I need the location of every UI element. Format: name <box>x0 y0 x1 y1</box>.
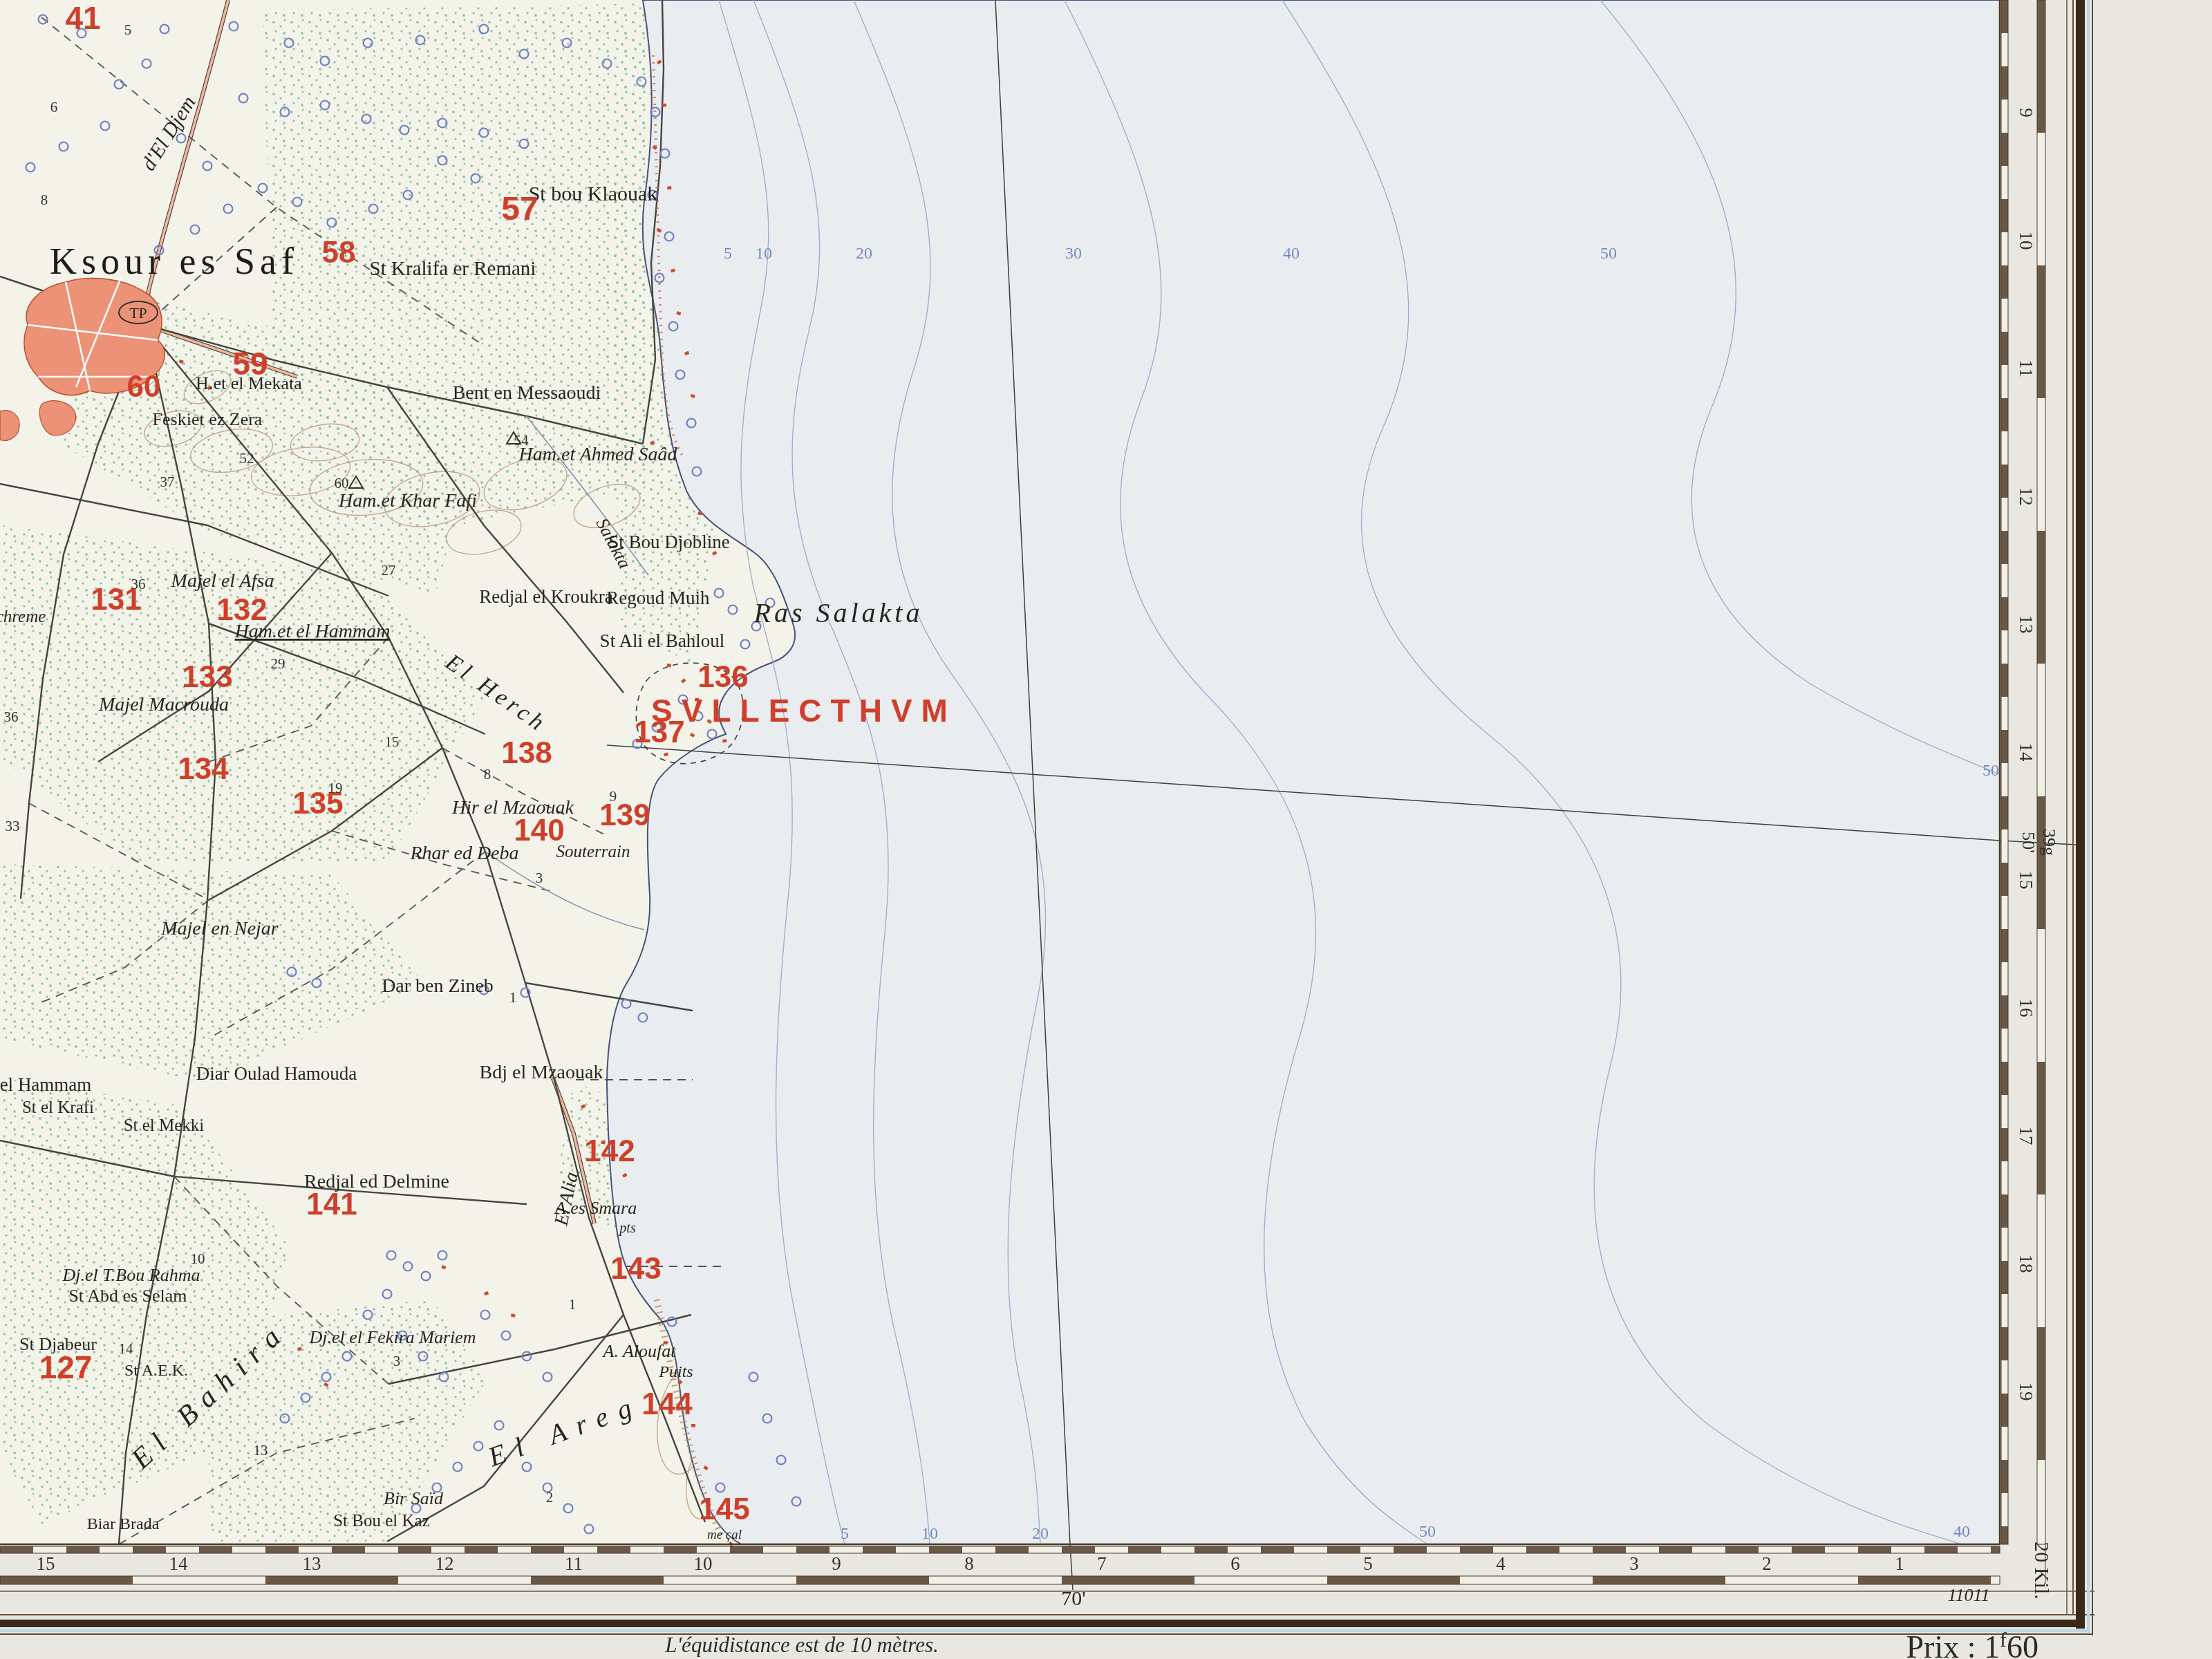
red-number-138-13: 138 <box>501 736 552 770</box>
place-label-bdj-el-mzaouak-25: Bdj el Mzaouak <box>480 1062 603 1083</box>
place-label-st-el-mekki-28: St el Mekki <box>124 1116 205 1135</box>
place-label-puits-40: Puits <box>658 1363 693 1381</box>
price-label: Prix : 1f60 <box>1866 1629 2062 1659</box>
km-number-bottom-3-12: 3 <box>1629 1553 1639 1574</box>
latitude-label: 39g 50' <box>2018 798 2059 879</box>
spot-height-36-8: 36 <box>4 709 19 725</box>
spot-height-52-9: 52 <box>240 450 254 467</box>
spot-height-33-7: 33 <box>6 818 20 834</box>
place-label-bir-sa-d-42: Bir Saïd <box>384 1488 444 1508</box>
depth-label-5-7: 5 <box>841 1525 849 1543</box>
red-number-136-11: 136 <box>697 660 748 694</box>
spot-height-14-17: 14 <box>119 1340 134 1357</box>
scale-unit-label: 20 Kil. <box>2030 1541 2053 1599</box>
place-label-majel-en-nejar-22: Majel en Nejar <box>160 918 279 939</box>
red-number-141-16: 141 <box>306 1188 357 1221</box>
svg-text:50': 50' <box>2018 800 2038 876</box>
place-label-biar-brada-44: Biar Brada <box>87 1515 160 1533</box>
spot-height-13-18: 13 <box>254 1442 268 1459</box>
red-number-143-18: 143 <box>610 1252 661 1286</box>
place-label-dj-el-el-fekira-mariem-38: Dj.el el Fekira Mariem <box>308 1327 476 1347</box>
km-number-right-19-10: 19 <box>2016 1382 2036 1401</box>
depth-label-30-3: 30 <box>1065 245 1082 263</box>
depth-label-40-4: 40 <box>1283 245 1300 263</box>
red-number-142-17: 142 <box>584 1134 635 1168</box>
km-number-right-15-6: 15 <box>2016 871 2036 890</box>
place-label-st-ali-el-bahloul-18: St Ali el Bahloul <box>600 630 725 651</box>
spot-height-6-0: 6 <box>50 99 58 115</box>
place-label-souterrain-21: Souterrain <box>556 843 630 861</box>
km-number-right-11-2: 11 <box>2016 359 2036 377</box>
spot-height-3-15: 3 <box>536 870 543 886</box>
scale-band-fine-bottom <box>0 1546 2000 1553</box>
ruin-mark-16 <box>722 739 727 742</box>
spot-height-36-3: 36 <box>131 576 146 592</box>
km-number-bottom-7-8: 7 <box>1097 1553 1107 1574</box>
depth-label-5-0: 5 <box>724 245 732 263</box>
depth-label-50-5: 50 <box>1600 245 1617 263</box>
place-label-redjal-el-kroukra-14: Redjal el Kroukra <box>479 586 612 607</box>
km-number-right-18-9: 18 <box>2016 1255 2036 1273</box>
km-number-bottom-6-9: 6 <box>1230 1553 1240 1574</box>
spot-height-15-5: 15 <box>385 733 400 750</box>
place-label-ras-salakta-17: Ras Salakta <box>753 597 924 628</box>
place-label-majel-macrouda-11: Majel Macrouda <box>98 694 229 715</box>
spot-height-8-1: 8 <box>41 191 48 208</box>
place-label-rhar-ed-deba-20: Rhar ed Deba <box>409 843 518 864</box>
red-number-132-7: 132 <box>216 593 267 627</box>
spot-height-1-19: 1 <box>569 1296 577 1313</box>
km-number-bottom-14-1: 14 <box>169 1553 189 1574</box>
spot-height-54-12: 54 <box>514 432 529 449</box>
km-number-bottom-5-10: 5 <box>1363 1553 1373 1574</box>
km-number-right-14-5: 14 <box>2016 743 2036 762</box>
place-label-chreme-10: chreme <box>0 608 46 626</box>
spot-height-29-4: 29 <box>271 655 285 672</box>
depth-label-40-11: 40 <box>1953 1523 1970 1541</box>
red-number-137-12: 137 <box>634 715 684 749</box>
km-number-bottom-11-4: 11 <box>565 1553 583 1574</box>
red-number-57-1: 57 <box>501 191 538 227</box>
scale-band-coarse-bottom <box>0 1576 2000 1584</box>
km-number-right-12-3: 12 <box>2016 487 2036 506</box>
km-number-right-9-0: 9 <box>2016 108 2036 118</box>
place-label-ham-et-ahmed-sa-d-6: Ham.et Ahmed Saâd <box>518 444 678 465</box>
place-label-me-al-45: me çal <box>707 1528 742 1542</box>
place-label-dar-ben-zineb-23: Dar ben Zineb <box>382 975 494 997</box>
spot-height-5-2: 5 <box>124 21 132 38</box>
place-label-st-el-krafi-27: St el Krafi <box>22 1098 94 1117</box>
place-label-st-kralifa-er-remani-2: St Kralifa er Remani <box>370 258 536 280</box>
place-label-feskiet-ez-zera-4: Feskiet ez Zera <box>153 409 263 429</box>
place-label-st-bou-el-kaz-43: St Bou el Kaz <box>333 1512 430 1530</box>
depth-label-20-2: 20 <box>856 245 872 263</box>
red-number-127-5: 127 <box>39 1349 93 1385</box>
red-number-133-8: 133 <box>182 660 232 694</box>
km-number-right-10-1: 10 <box>2016 232 2036 250</box>
longitude-label: 70' <box>1061 1587 1085 1610</box>
km-number-bottom-12-3: 12 <box>435 1553 454 1574</box>
km-number-bottom-10-5: 10 <box>694 1553 713 1574</box>
place-label-el-hammam-26: el Hammam <box>0 1074 91 1095</box>
spot-height-9-14: 9 <box>610 788 617 805</box>
scale-band-fine-right <box>2001 0 2008 1544</box>
svg-text:39g: 39g <box>2039 798 2059 879</box>
km-number-bottom-2-13: 2 <box>1762 1553 1772 1574</box>
scale-band-coarse-right <box>2037 0 2045 1544</box>
place-label-a-aloufat-39: A. Aloufat <box>602 1341 677 1361</box>
depth-label-50-10: 50 <box>1419 1523 1436 1541</box>
red-number-58-2: 58 <box>322 236 356 270</box>
km-number-right-17-8: 17 <box>2016 1127 2036 1145</box>
ruin-mark-27 <box>691 1424 695 1427</box>
km-number-bottom-13-2: 13 <box>303 1553 321 1574</box>
red-number-140-15: 140 <box>514 814 564 847</box>
spot-height-27-23: 27 <box>382 562 396 579</box>
place-label-st-bou-klaouak-1: St bou Klaouak <box>529 182 658 205</box>
km-number-bottom-15-0: 15 <box>37 1553 55 1574</box>
place-label-st-bou-djobline-15: St Bou Djobline <box>608 532 730 552</box>
red-number-145-20: 145 <box>699 1492 749 1526</box>
red-number-59-3: 59 <box>232 346 268 382</box>
plate-number: 11011 <box>1947 1585 1989 1605</box>
spot-height-10-16: 10 <box>191 1250 205 1267</box>
place-label-ham-et-khar-fafi-7: Ham.et Khar Fafi <box>338 490 477 512</box>
place-label-bent-en-messaoudi-5: Bent en Messaoudi <box>453 382 601 404</box>
spot-height-8-13: 8 <box>484 766 491 782</box>
depth-label-10-8: 10 <box>921 1525 938 1543</box>
red-number-60-4: 60 <box>127 370 161 404</box>
spot-height-3-21: 3 <box>393 1353 401 1369</box>
ruin-mark-12 <box>667 664 671 667</box>
sea-area <box>607 0 2000 1544</box>
ruin-mark-1 <box>662 104 666 107</box>
red-number-134-9: 134 <box>178 752 229 786</box>
place-label-majel-el-afsa-8: Majel el Afsa <box>171 570 274 592</box>
spot-height-19-6: 19 <box>328 780 343 796</box>
ruin-mark-3 <box>667 186 672 189</box>
km-number-right-13-4: 13 <box>2016 615 2036 634</box>
spot-height-1-22: 1 <box>509 989 517 1006</box>
spot-height-37-10: 37 <box>160 474 175 490</box>
place-label-regoud-muih-16: Regoud Muih <box>606 588 710 608</box>
place-label-dj-el-t-bou-rahma-33: Dj.el T.Bou Rahma <box>62 1265 200 1285</box>
place-label-st-abd-es-selam-34: St Abd es Selam <box>68 1286 187 1306</box>
town-label: Ksour es Saf <box>50 241 299 282</box>
map-sheet: TP Ksour es Saf SVLLECTHVM 20 Kil. 11011… <box>0 0 2212 1659</box>
km-number-right-16-7: 16 <box>2016 999 2036 1018</box>
red-number-41-0: 41 <box>65 0 100 36</box>
telegraph-post-label: TP <box>129 304 147 321</box>
red-number-144-19: 144 <box>641 1387 693 1421</box>
spot-height-2-20: 2 <box>546 1489 554 1506</box>
equidistance-note: L'équidistance est de 10 mètres. <box>664 1633 939 1657</box>
km-number-bottom-1-14: 1 <box>1895 1553 1904 1574</box>
place-label-diar-oulad-hamouda-24: Diar Oulad Hamouda <box>196 1063 357 1084</box>
km-number-bottom-4-11: 4 <box>1496 1553 1506 1574</box>
place-label-pts-31: pts <box>618 1221 636 1236</box>
km-number-bottom-9-6: 9 <box>832 1553 841 1574</box>
red-number-139-14: 139 <box>599 798 650 832</box>
spot-height-60-11: 60 <box>335 475 349 491</box>
place-label-st-a-e-k-36: St A.E.K. <box>124 1362 188 1380</box>
depth-label-20-9: 20 <box>1032 1525 1049 1543</box>
depth-label-10-1: 10 <box>756 245 772 263</box>
km-number-bottom-8-7: 8 <box>964 1553 974 1574</box>
ancient-site-label: SVLLECTHVM <box>651 693 957 729</box>
depth-label-50-6: 50 <box>1983 762 1999 780</box>
